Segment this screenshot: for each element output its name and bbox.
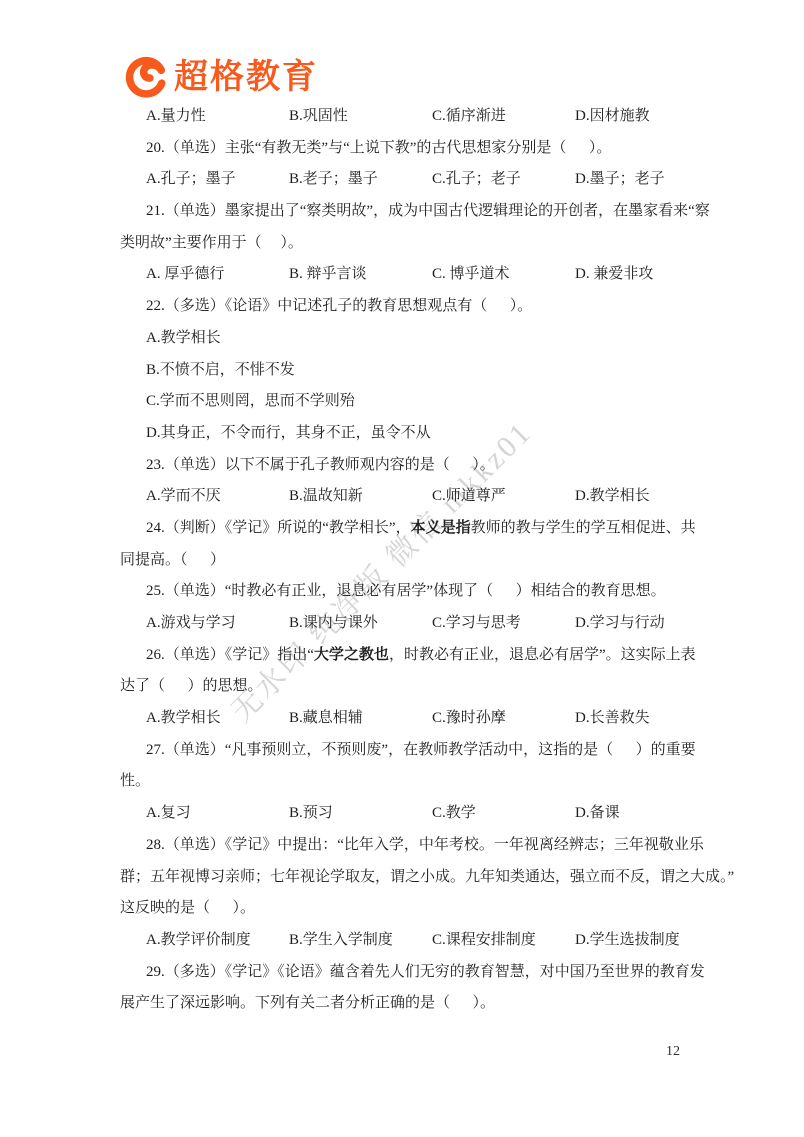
option-item: D. 兼爱非攻 (575, 259, 653, 291)
text-segment: B.不愤不启，不悱不发 (146, 362, 295, 378)
document-line: C.学而不思则罔，思而不学则殆 (120, 386, 686, 418)
option-item: B.老子；墨子 (289, 164, 432, 196)
option-item: A.量力性 (146, 101, 289, 133)
option-item: C.孔子；老子 (432, 164, 575, 196)
document-line: 展产生了深远影响。下列有关二者分析正确的是（ ）。 (120, 988, 686, 1020)
option-row: A.教学相长B.藏息相辅C.豫时孙摩D.长善救失 (120, 703, 686, 735)
document-line: 类明故”主要作用于（ ）。 (120, 228, 686, 260)
text-segment: 群；五年视博习亲师；七年视论学取友，谓之小成。九年知类通达，强立而不反，谓之大成… (120, 869, 734, 885)
document-line: B.不愤不启，不悱不发 (120, 355, 686, 387)
brand-text: 超格教育 (174, 56, 318, 98)
option-item: D.学习与行动 (575, 608, 665, 640)
option-item: C.豫时孙摩 (432, 703, 575, 735)
option-item: D.学生选拔制度 (575, 925, 680, 957)
option-item: B.巩固性 (289, 101, 432, 133)
text-segment: 大学之教也 (314, 647, 389, 663)
document-line: 23.（单选）以下不属于孔子教师观内容的是（ ）。 (120, 450, 686, 482)
document-page: 超格教育 无水印 纯净版 微信 mkkz01 A.量力性B.巩固性C.循序渐进D… (0, 0, 804, 1137)
document-line: 这反映的是（ ）。 (120, 893, 686, 925)
document-line: 27.（单选）“凡事预则立，不预则废”，在教师教学活动中，这指的是（ ）的重要 (120, 735, 686, 767)
text-segment: 本义是指 (411, 520, 471, 536)
option-item: A.游戏与学习 (146, 608, 289, 640)
document-line: 性。 (120, 766, 686, 798)
document-line: 25.（单选）“时教必有正业，退息必有居学”体现了（ ）相结合的教育思想。 (120, 576, 686, 608)
document-line: D.其身正，不令而行，其身不正，虽令不从 (120, 418, 686, 450)
option-item: B. 辩乎言谈 (289, 259, 432, 291)
option-row: A.孔子；墨子B.老子；墨子C.孔子；老子D.墨子；老子 (120, 164, 686, 196)
text-segment: ，时教必有正业，退息必有居学”。这实际上表 (389, 647, 696, 663)
text-segment: 28.（单选）《学记》中提出：“比年入学，中年考校。一年视离经辨志；三年视敬业乐 (146, 837, 704, 853)
text-segment: 这反映的是（ ）。 (120, 900, 255, 916)
document-line: 28.（单选）《学记》中提出：“比年入学，中年考校。一年视离经辨志；三年视敬业乐 (120, 830, 686, 862)
document-line: A.教学相长 (120, 323, 686, 355)
text-segment: 展产生了深远影响。下列有关二者分析正确的是（ ）。 (120, 995, 495, 1011)
option-item: C.课程安排制度 (432, 925, 575, 957)
document-line: 20.（单选）主张“有教无类”与“上说下教”的古代思想家分别是（ ）。 (120, 133, 686, 165)
option-row: A. 厚乎德行B. 辩乎言谈C. 博乎道术D. 兼爱非攻 (120, 259, 686, 291)
document-line: 21.（单选）墨家提出了“察类明故”，成为中国古代逻辑理论的开创者，在墨家看来“… (120, 196, 686, 228)
brand-logo: 超格教育 (125, 56, 318, 98)
option-item: C. 博乎道术 (432, 259, 575, 291)
text-segment: 达了（ ）的思想。 (120, 678, 263, 694)
option-item: D.备课 (575, 798, 620, 830)
option-item: A.孔子；墨子 (146, 164, 289, 196)
option-item: A.学而不厌 (146, 481, 289, 513)
option-row: A.学而不厌B.温故知新C.师道尊严D.教学相长 (120, 481, 686, 513)
document-line: 同提高。（ ） (120, 545, 686, 577)
text-segment: 20.（单选）主张“有教无类”与“上说下教”的古代思想家分别是（ ）。 (146, 140, 611, 156)
text-segment: 29.（多选）《学记》《论语》蕴含着先人们无穷的教育智慧，对中国乃至世界的教育发 (146, 964, 705, 980)
option-item: D.教学相长 (575, 481, 650, 513)
document-line: 22.（多选）《论语》中记述孔子的教育思想观点有（ ）。 (120, 291, 686, 323)
page-number: 12 (666, 1044, 680, 1060)
option-row: A.教学评价制度B.学生入学制度C.课程安排制度D.学生选拔制度 (120, 925, 686, 957)
text-segment: 27.（单选）“凡事预则立，不预则废”，在教师教学活动中，这指的是（ ）的重要 (146, 742, 696, 758)
text-segment: 21.（单选）墨家提出了“察类明故”，成为中国古代逻辑理论的开创者，在墨家看来“… (146, 203, 710, 219)
text-segment: A.教学相长 (146, 330, 221, 346)
option-item: B.预习 (289, 798, 432, 830)
option-item: B.课内与课外 (289, 608, 432, 640)
document-line: 群；五年视博习亲师；七年视论学取友，谓之小成。九年知类通达，强立而不反，谓之大成… (120, 862, 686, 894)
document-line: 24.（判断）《学记》所说的“教学相长”，本义是指教师的教与学生的学互相促进、共 (120, 513, 686, 545)
document-body: A.量力性B.巩固性C.循序渐进D.因材施教20.（单选）主张“有教无类”与“上… (120, 101, 686, 1020)
option-item: D.因材施教 (575, 101, 650, 133)
chaoge-g-logo-icon (125, 56, 167, 98)
option-item: A.教学相长 (146, 703, 289, 735)
text-segment: 教师的教与学生的学互相促进、共 (471, 520, 696, 536)
text-segment: C.学而不思则罔，思而不学则殆 (146, 393, 355, 409)
option-item: C.学习与思考 (432, 608, 575, 640)
option-item: C.师道尊严 (432, 481, 575, 513)
option-row: A.游戏与学习B.课内与课外C.学习与思考D.学习与行动 (120, 608, 686, 640)
document-line: 达了（ ）的思想。 (120, 671, 686, 703)
option-item: A.教学评价制度 (146, 925, 289, 957)
text-segment: 22.（多选）《论语》中记述孔子的教育思想观点有（ ）。 (146, 298, 532, 314)
text-segment: 类明故”主要作用于（ ）。 (120, 235, 303, 251)
text-segment: 性。 (120, 773, 150, 789)
text-segment: 同提高。（ ） (120, 552, 225, 568)
option-item: B.学生入学制度 (289, 925, 432, 957)
text-segment: 23.（单选）以下不属于孔子教师观内容的是（ ）。 (146, 457, 495, 473)
document-line: 26.（单选）《学记》指出“大学之教也，时教必有正业，退息必有居学”。这实际上表 (120, 640, 686, 672)
option-item: D.长善救失 (575, 703, 650, 735)
text-segment: D.其身正，不令而行，其身不正，虽令不从 (146, 425, 431, 441)
text-segment: 25.（单选）“时教必有正业，退息必有居学”体现了（ ）相结合的教育思想。 (146, 583, 666, 599)
option-item: C.教学 (432, 798, 575, 830)
option-item: A. 厚乎德行 (146, 259, 289, 291)
option-item: C.循序渐进 (432, 101, 575, 133)
document-line: 29.（多选）《学记》《论语》蕴含着先人们无穷的教育智慧，对中国乃至世界的教育发 (120, 957, 686, 989)
option-row: A.量力性B.巩固性C.循序渐进D.因材施教 (120, 101, 686, 133)
option-item: B.温故知新 (289, 481, 432, 513)
option-item: D.墨子；老子 (575, 164, 665, 196)
option-item: B.藏息相辅 (289, 703, 432, 735)
text-segment: 24.（判断）《学记》所说的“教学相长”， (146, 520, 411, 536)
text-segment: 26.（单选）《学记》指出“ (146, 647, 314, 663)
option-item: A.复习 (146, 798, 289, 830)
option-row: A.复习B.预习C.教学D.备课 (120, 798, 686, 830)
